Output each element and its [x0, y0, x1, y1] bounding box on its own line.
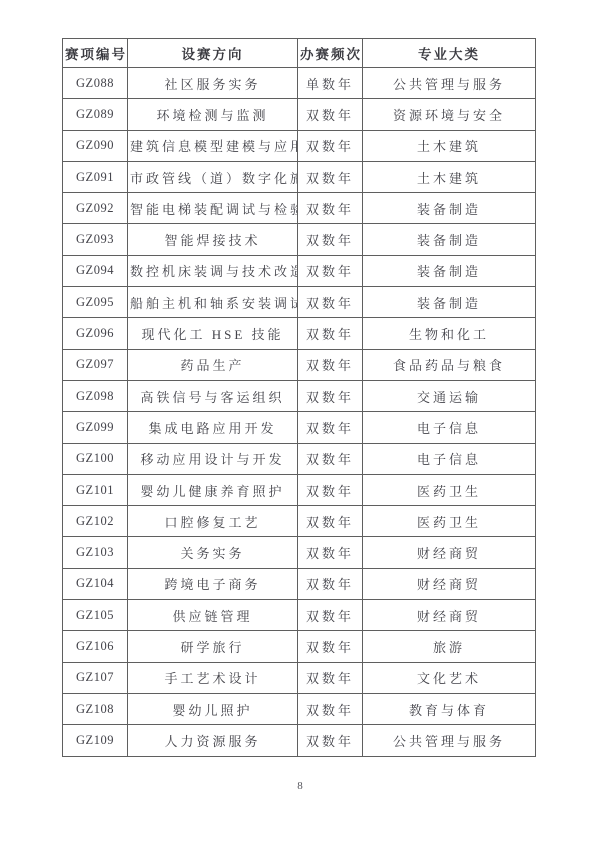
table-cell: 双数年: [298, 662, 363, 693]
table-cell: GZ104: [63, 568, 128, 599]
table-cell: 装备制造: [363, 287, 536, 318]
table-cell: 财经商贸: [363, 537, 536, 568]
table-cell: 双数年: [298, 693, 363, 724]
table-cell: 现代化工 HSE 技能: [128, 318, 298, 349]
table-cell: 供应链管理: [128, 600, 298, 631]
column-header: 办赛频次: [298, 39, 363, 68]
table-row: GZ100移动应用设计与开发双数年电子信息: [63, 443, 536, 474]
table-cell: 双数年: [298, 130, 363, 161]
table-cell: 财经商贸: [363, 568, 536, 599]
table-cell: 双数年: [298, 537, 363, 568]
table-row: GZ101婴幼儿健康养育照护双数年医药卫生: [63, 474, 536, 505]
table-row: GZ093智能焊接技术双数年装备制造: [63, 224, 536, 255]
table-row: GZ105供应链管理双数年财经商贸: [63, 600, 536, 631]
column-header: 设赛方向: [128, 39, 298, 68]
table-cell: 土木建筑: [363, 130, 536, 161]
table-cell: GZ098: [63, 380, 128, 411]
table-cell: 建筑信息模型建模与应用: [128, 130, 298, 161]
table-cell: 人力资源服务: [128, 725, 298, 756]
table-row: GZ103关务实务双数年财经商贸: [63, 537, 536, 568]
table-cell: 高铁信号与客运组织: [128, 380, 298, 411]
table-cell: GZ091: [63, 161, 128, 192]
table-cell: 装备制造: [363, 255, 536, 286]
table-row: GZ099集成电路应用开发双数年电子信息: [63, 412, 536, 443]
table-cell: GZ097: [63, 349, 128, 380]
table-row: GZ091市政管线（道）数字化施工双数年土木建筑: [63, 161, 536, 192]
table-cell: 装备制造: [363, 193, 536, 224]
column-header: 专业大类: [363, 39, 536, 68]
table-cell: GZ095: [63, 287, 128, 318]
table-cell: 双数年: [298, 631, 363, 662]
table-cell: 装备制造: [363, 224, 536, 255]
table-cell: GZ094: [63, 255, 128, 286]
table-cell: 双数年: [298, 725, 363, 756]
table-cell: 土木建筑: [363, 161, 536, 192]
table-cell: 双数年: [298, 443, 363, 474]
table-cell: 智能电梯装配调试与检验: [128, 193, 298, 224]
table-cell: GZ089: [63, 99, 128, 130]
table-cell: 研学旅行: [128, 631, 298, 662]
table-cell: GZ096: [63, 318, 128, 349]
table-cell: GZ106: [63, 631, 128, 662]
table-cell: 文化艺术: [363, 662, 536, 693]
table-row: GZ104跨境电子商务双数年财经商贸: [63, 568, 536, 599]
table-row: GZ107手工艺术设计双数年文化艺术: [63, 662, 536, 693]
table-cell: 双数年: [298, 600, 363, 631]
table-cell: GZ099: [63, 412, 128, 443]
document-page: 赛项编号设赛方向办赛频次专业大类 GZ088社区服务实务单数年公共管理与服务GZ…: [0, 0, 600, 848]
table-cell: 集成电路应用开发: [128, 412, 298, 443]
table-cell: 资源环境与安全: [363, 99, 536, 130]
table-row: GZ088社区服务实务单数年公共管理与服务: [63, 68, 536, 99]
table-row: GZ094数控机床装调与技术改造双数年装备制造: [63, 255, 536, 286]
table-cell: 生物和化工: [363, 318, 536, 349]
table-cell: 数控机床装调与技术改造: [128, 255, 298, 286]
table-cell: 双数年: [298, 318, 363, 349]
table-cell: 关务实务: [128, 537, 298, 568]
table-row: GZ092智能电梯装配调试与检验双数年装备制造: [63, 193, 536, 224]
table-row: GZ109人力资源服务双数年公共管理与服务: [63, 725, 536, 756]
table-cell: 口腔修复工艺: [128, 506, 298, 537]
table-cell: GZ108: [63, 693, 128, 724]
table-row: GZ102口腔修复工艺双数年医药卫生: [63, 506, 536, 537]
table-cell: 药品生产: [128, 349, 298, 380]
table-cell: 单数年: [298, 68, 363, 99]
table-cell: GZ103: [63, 537, 128, 568]
table-cell: 电子信息: [363, 412, 536, 443]
table-cell: 婴幼儿照护: [128, 693, 298, 724]
table-cell: 婴幼儿健康养育照护: [128, 474, 298, 505]
table-cell: 公共管理与服务: [363, 68, 536, 99]
table-cell: 双数年: [298, 99, 363, 130]
table-cell: 教育与体育: [363, 693, 536, 724]
table-cell: 跨境电子商务: [128, 568, 298, 599]
table-cell: GZ090: [63, 130, 128, 161]
table-cell: GZ109: [63, 725, 128, 756]
table-cell: GZ107: [63, 662, 128, 693]
table-row: GZ096现代化工 HSE 技能双数年生物和化工: [63, 318, 536, 349]
table-cell: 环境检测与监测: [128, 99, 298, 130]
table-cell: 双数年: [298, 193, 363, 224]
table-cell: 双数年: [298, 412, 363, 443]
table-cell: 交通运输: [363, 380, 536, 411]
table-cell: GZ105: [63, 600, 128, 631]
table-cell: 双数年: [298, 568, 363, 599]
table-body: GZ088社区服务实务单数年公共管理与服务GZ089环境检测与监测双数年资源环境…: [63, 68, 536, 757]
table-cell: 社区服务实务: [128, 68, 298, 99]
table-cell: 双数年: [298, 287, 363, 318]
table-cell: GZ092: [63, 193, 128, 224]
table-cell: 双数年: [298, 349, 363, 380]
competition-table: 赛项编号设赛方向办赛频次专业大类 GZ088社区服务实务单数年公共管理与服务GZ…: [62, 38, 536, 757]
page-number: 8: [0, 780, 600, 792]
table-cell: GZ088: [63, 68, 128, 99]
table-cell: 手工艺术设计: [128, 662, 298, 693]
table-cell: 智能焊接技术: [128, 224, 298, 255]
table-cell: 财经商贸: [363, 600, 536, 631]
table-cell: 船舶主机和轴系安装调试: [128, 287, 298, 318]
table-cell: 医药卫生: [363, 506, 536, 537]
table-row: GZ098高铁信号与客运组织双数年交通运输: [63, 380, 536, 411]
table-row: GZ108婴幼儿照护双数年教育与体育: [63, 693, 536, 724]
table-cell: 移动应用设计与开发: [128, 443, 298, 474]
table-cell: 双数年: [298, 224, 363, 255]
table-cell: 医药卫生: [363, 474, 536, 505]
table-cell: 双数年: [298, 161, 363, 192]
table-cell: GZ102: [63, 506, 128, 537]
table-row: GZ090建筑信息模型建模与应用双数年土木建筑: [63, 130, 536, 161]
table-row: GZ089环境检测与监测双数年资源环境与安全: [63, 99, 536, 130]
table-cell: GZ093: [63, 224, 128, 255]
table-row: GZ106研学旅行双数年旅游: [63, 631, 536, 662]
table-cell: 旅游: [363, 631, 536, 662]
table-cell: 双数年: [298, 506, 363, 537]
table-cell: 双数年: [298, 380, 363, 411]
table-cell: 双数年: [298, 255, 363, 286]
table-cell: 公共管理与服务: [363, 725, 536, 756]
table-cell: 市政管线（道）数字化施工: [128, 161, 298, 192]
column-header: 赛项编号: [63, 39, 128, 68]
table-cell: 食品药品与粮食: [363, 349, 536, 380]
table-cell: GZ101: [63, 474, 128, 505]
table-cell: GZ100: [63, 443, 128, 474]
table-row: GZ095船舶主机和轴系安装调试双数年装备制造: [63, 287, 536, 318]
table-cell: 电子信息: [363, 443, 536, 474]
table-cell: 双数年: [298, 474, 363, 505]
table-header-row: 赛项编号设赛方向办赛频次专业大类: [63, 39, 536, 68]
table-row: GZ097药品生产双数年食品药品与粮食: [63, 349, 536, 380]
